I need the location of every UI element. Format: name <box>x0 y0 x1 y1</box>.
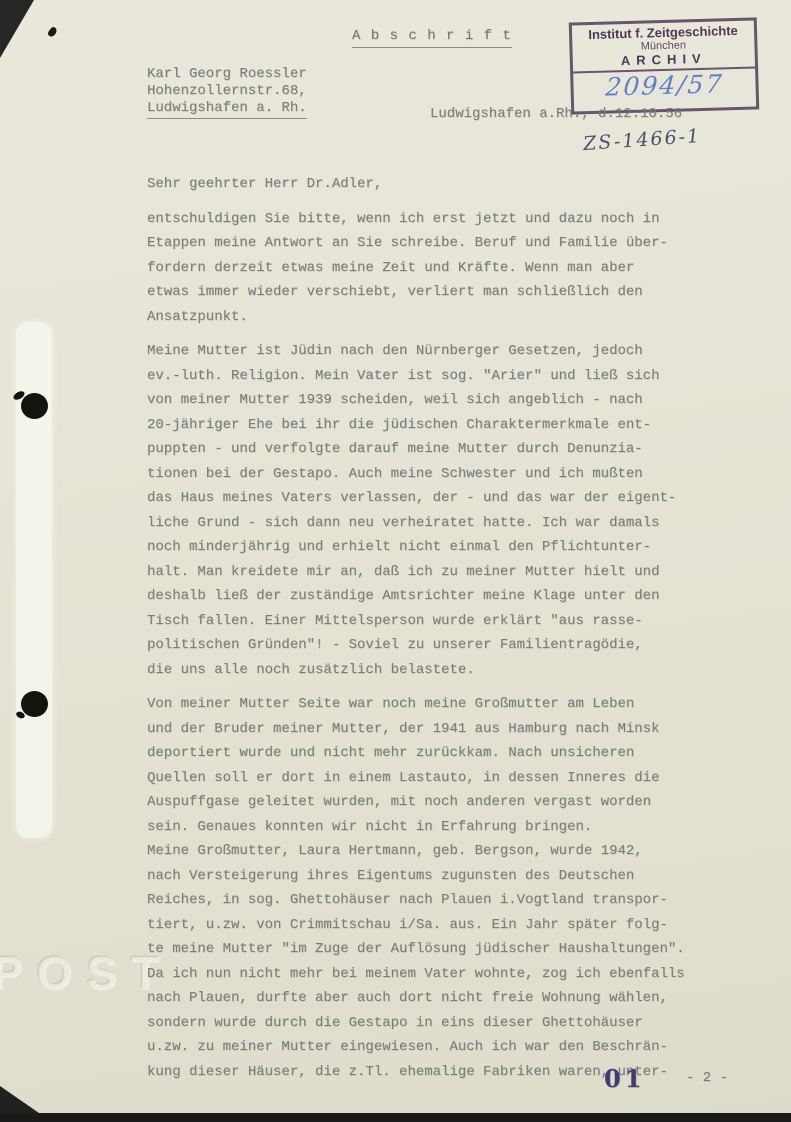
page-number: - 2 - <box>686 1070 728 1086</box>
letter-line: halt. Man kreidete mir an, daß ich zu me… <box>147 560 695 585</box>
archive-stamp: Institut f. Zeitgeschichte München ARCHI… <box>569 17 759 114</box>
letter-line: nach Plauen, durfte aber auch dort nicht… <box>147 986 695 1011</box>
sender-name: Karl Georg Roessler <box>147 66 307 83</box>
letter-line: Da ich nun nicht mehr bei meinem Vater w… <box>147 962 695 987</box>
letter-line: etwas immer wieder verschiebt, verliert … <box>147 280 695 305</box>
letter-line: Meine Großmutter, Laura Hertmann, geb. B… <box>147 839 695 864</box>
letter-line: das Haus meines Vaters verlassen, der - … <box>147 486 695 511</box>
ink-speck <box>47 26 59 38</box>
sender-street: Hohenzollernstr.68, <box>147 83 307 100</box>
salutation: Sehr geehrter Herr Dr.Adler, <box>147 172 695 197</box>
punch-hole <box>21 393 48 419</box>
letter-line: liche Grund - sich dann neu verheiratet … <box>147 511 695 536</box>
letter-line: tiert, u.zw. von Crimmitschau i/Sa. aus.… <box>147 913 695 938</box>
archive-page-stamp: 01 <box>604 1064 645 1093</box>
letter-line: Auspuffgase geleitet wurden, mit noch an… <box>147 790 695 815</box>
letter-line: te meine Mutter "im Zuge der Auflösung j… <box>147 937 695 962</box>
letter-line: sondern wurde durch die Gestapo in eins … <box>147 1011 695 1036</box>
letter-line: 20-jähriger Ehe bei ihr die jüdischen Ch… <box>147 413 695 438</box>
letter-line: entschuldigen Sie bitte, wenn ich erst j… <box>147 207 695 232</box>
paragraph-1: entschuldigen Sie bitte, wenn ich erst j… <box>147 207 695 330</box>
handwritten-file-reference: ZS-1466-1 <box>582 125 701 155</box>
letter-line: deshalb ließ der zuständige Amtsrichter … <box>147 584 695 609</box>
letter-line: puppten - und verfolgte darauf meine Mut… <box>147 437 695 462</box>
letter-line: und der Bruder meiner Mutter, der 1941 a… <box>147 717 695 742</box>
letter-line: Quellen soll er dort in einem Lastauto, … <box>147 766 695 791</box>
archive-stamp-text: Institut f. Zeitgeschichte München ARCHI… <box>572 20 755 73</box>
paragraph-2: Meine Mutter ist Jüdin nach den Nürnberg… <box>147 339 695 682</box>
letter-line: politischen Gründen"! - Soviel zu unsere… <box>147 633 695 658</box>
document-heading: A b s c h r i f t <box>352 28 512 48</box>
letter-line: von meiner Mutter 1939 scheiden, weil si… <box>147 388 695 413</box>
letter-line: nach Versteigerung ihres Eigentums zugun… <box>147 864 695 889</box>
letter-line: die uns alle noch zusätzlich belastete. <box>147 658 695 683</box>
letter-line: Reiches, in sog. Ghettohäuser nach Plaue… <box>147 888 695 913</box>
letter-line: Tisch fallen. Einer Mittelsperson wurde … <box>147 609 695 634</box>
letter-line: Ansatzpunkt. <box>147 305 695 330</box>
letter-line: sein. Genaues konnten wir nicht in Erfah… <box>147 815 695 840</box>
sender-address-block: Karl Georg Roessler Hohenzollernstr.68, … <box>147 66 307 119</box>
dateline: Ludwigshafen a.Rh., d.12.10.56 <box>430 106 682 122</box>
letter-line: tionen bei der Gestapo. Auch meine Schwe… <box>147 462 695 487</box>
paragraph-3: Von meiner Mutter Seite war noch meine G… <box>147 692 695 1084</box>
scan-corner-shadow <box>0 0 34 58</box>
stamp-handwritten-number: 2094/57 <box>572 68 756 103</box>
letter-line: fordern derzeit etwas meine Zeit und Krä… <box>147 256 695 281</box>
letter-line: deportiert wurde und nicht mehr zurückka… <box>147 741 695 766</box>
letter-line: Meine Mutter ist Jüdin nach den Nürnberg… <box>147 339 695 364</box>
punch-hole <box>21 691 48 717</box>
sender-city: Ludwigshafen a. Rh. <box>147 100 307 119</box>
letter-line: noch minderjährig und erhielt nicht einm… <box>147 535 695 560</box>
scan-edge <box>0 1113 791 1122</box>
letter-line: Von meiner Mutter Seite war noch meine G… <box>147 692 695 717</box>
letter-line: ev.-luth. Religion. Mein Vater ist sog. … <box>147 364 695 389</box>
letter-line: Etappen meine Antwort an Sie schreibe. B… <box>147 231 695 256</box>
letter-body: Sehr geehrter Herr Dr.Adler, entschuldig… <box>147 172 695 1094</box>
letter-line: u.zw. zu meiner Mutter eingewiesen. Auch… <box>147 1035 695 1060</box>
